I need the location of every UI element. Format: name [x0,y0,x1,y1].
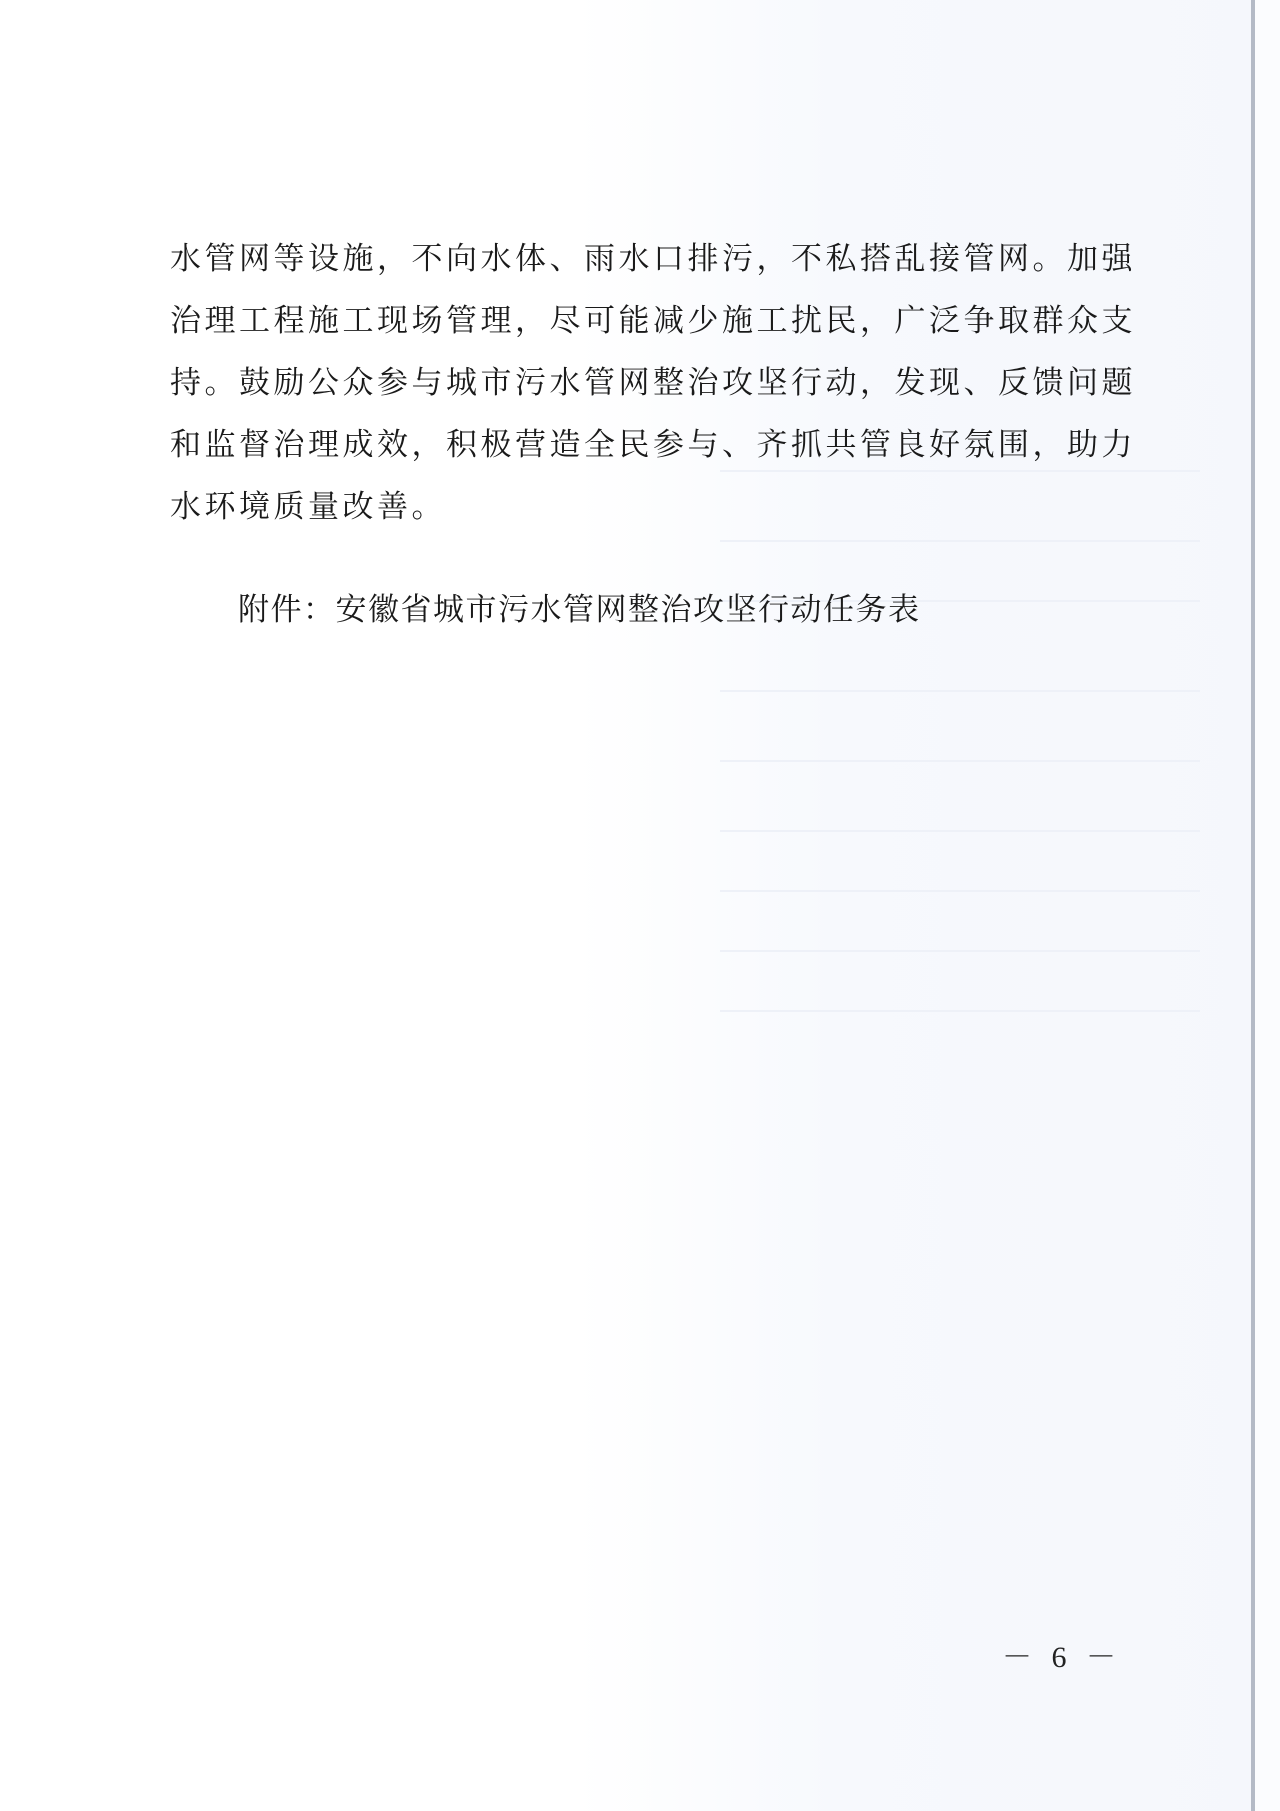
page-number: － 6 － [1002,1638,1122,1678]
body-line: 持。鼓励公众参与城市污水管网整治攻坚行动，发现、反馈问题 [170,352,1090,414]
body-line: 水环境质量改善。 [170,476,1090,538]
scan-show-through [720,890,1200,892]
scan-show-through [720,1010,1200,1012]
body-line: 治理工程施工现场管理，尽可能减少施工扰民，广泛争取群众支 [170,290,1090,352]
scan-show-through [720,540,1200,542]
scan-show-through [720,690,1200,692]
attachment-label: 附件： [238,592,336,628]
scan-show-through [720,830,1200,832]
body-line: 和监督治理成效，积极营造全民参与、齐抓共管良好氛围，助力 [170,414,1090,476]
scan-margin [1255,0,1280,1811]
body-line: 水管网等设施，不向水体、雨水口排污，不私搭乱接管网。加强 [170,228,1090,290]
scan-show-through [720,760,1200,762]
attachment-title: 安徽省城市污水管网整治攻坚行动任务表 [336,592,921,628]
body-paragraph: 水管网等设施，不向水体、雨水口排污，不私搭乱接管网。加强 治理工程施工现场管理，… [170,228,1090,538]
scan-show-through [720,950,1200,952]
attachment-line: 附件：安徽省城市污水管网整治攻坚行动任务表 [238,588,921,632]
document-page: 水管网等设施，不向水体、雨水口排污，不私搭乱接管网。加强 治理工程施工现场管理，… [0,0,1280,1811]
